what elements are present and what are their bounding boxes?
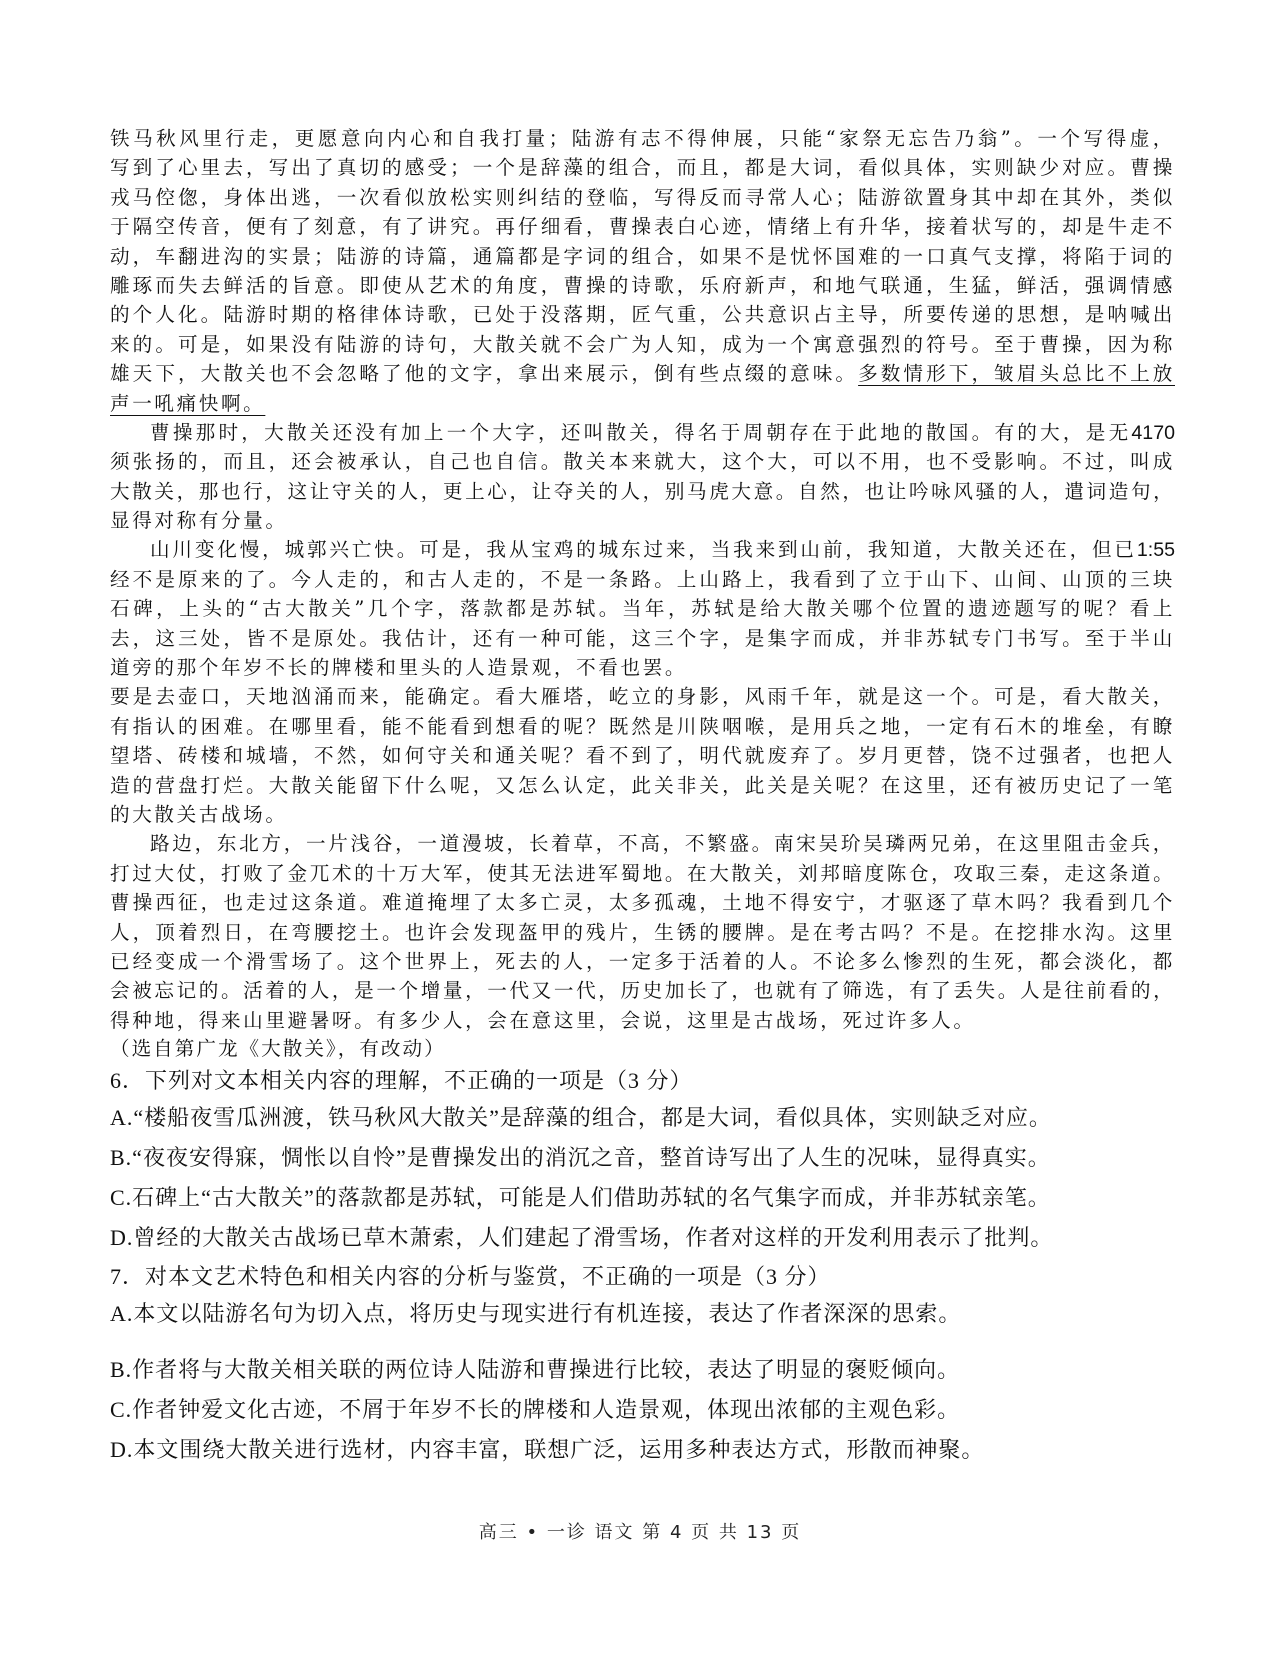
underlined-sentence: 多数情形下，皱眉头总比不上放 xyxy=(858,362,1175,385)
margin-mark: 4170 xyxy=(1131,422,1175,444)
text-line: 曹操那时，大散关还没有加上一个大字，还叫散关，得名于周朝存在于此地的散国。有的大… xyxy=(110,418,1175,447)
text-line: 大散关，那也行，这让守关的人，更上心，让夺关的人，别马虎大意。自然，也让吟咏风骚… xyxy=(110,477,1175,506)
option-d: D.本文围绕大散关进行选材，内容丰富，联想广泛，运用多种表达方式，形散而神聚。 xyxy=(110,1430,1175,1470)
question-6: 6．下列对文本相关内容的理解，不正确的一项是（3 分） A.“楼船夜雪瓜洲渡，铁… xyxy=(110,1064,1175,1258)
reading-passage: 铁马秋风里行走，更愿意向内心和自我打量；陆游有志不得伸展，只能“家祭无忘告乃翁”… xyxy=(110,124,1175,1035)
option-c: C.作者钟爱文化古迹，不屑于年岁不长的牌楼和人造景观，体现出浓郁的主观色彩。 xyxy=(110,1390,1175,1430)
text-line: 已经变成一个滑雪场了。这个世界上，死去的人，一定多于活着的人。不论多么惨烈的生死… xyxy=(110,947,1175,976)
text-line: 曹操西征，也走过这条道。难道掩埋了太多亡灵，太多孤魂，土地不得安宁，才驱逐了草木… xyxy=(110,888,1175,917)
option-a: A.“楼船夜雪瓜洲渡，铁马秋风大散关”是辞藻的组合，都是大词，看似具体，实则缺乏… xyxy=(110,1098,1175,1138)
option-c: C.石碑上“古大散关”的落款都是苏轼，可能是人们借助苏轼的名气集字而成，并非苏轼… xyxy=(110,1178,1175,1218)
text-line: 打过大仗，打败了金兀术的十万大军，使其无法进军蜀地。在大散关，刘邦暗度陈仓，攻取… xyxy=(110,859,1175,888)
text-line: 铁马秋风里行走，更愿意向内心和自我打量；陆游有志不得伸展，只能“家祭无忘告乃翁”… xyxy=(110,124,1175,153)
text-line: 会被忘记的。活着的人，是一个增量，一代又一代，历史加长了，也就有了筛选，有了丢失… xyxy=(110,976,1175,1005)
option-b: B.“夜夜安得寐，惆怅以自怜”是曹操发出的消沉之音，整首诗写出了人生的况味，显得… xyxy=(110,1138,1175,1178)
text-line: 显得对称有分量。 xyxy=(110,506,1175,535)
text-line: 经不是原来的了。今人走的，和古人走的，不是一条路。上山路上，我看到了立于山下、山… xyxy=(110,565,1175,594)
text-line: 有指认的困难。在哪里看，能不能看到想看的呢？既然是川陕咽喉，是用兵之地，一定有石… xyxy=(110,712,1175,741)
exam-page: 铁马秋风里行走，更愿意向内心和自我打量；陆游有志不得伸展，只能“家祭无忘告乃翁”… xyxy=(110,124,1175,1470)
text-line: 来的。可是，如果没有陆游的诗句，大散关就不会广为人知，成为一个寓意强烈的符号。至… xyxy=(110,330,1175,359)
text-line: 于隔空传音，便有了刻意，有了讲究。再仔细看，曹操表白心迹，情绪上有升华，接着状写… xyxy=(110,212,1175,241)
text-segment: 山川变化慢，城郭兴亡快。可是，我从宝鸡的城东过来，当我来到山前，我知道，大散关还… xyxy=(150,538,1137,561)
text-line: 石碑，上头的“古大散关”几个字，落款都是苏轼。当年，苏轼是给大散关哪个位置的遗迹… xyxy=(110,594,1175,623)
question-stem: 7．对本文艺术特色和相关内容的分析与鉴赏，不正确的一项是（3 分） xyxy=(110,1260,1175,1294)
paragraph-5: 路边，东北方，一片浅谷，一道漫坡，长着草，不高，不繁盛。南宋吴玠吴璘两兄弟，在这… xyxy=(110,829,1175,1035)
text-line: 声一吼痛快啊。 xyxy=(110,389,1175,418)
text-line: 雕琢而失去鲜活的旨意。即使从艺术的角度，曹操的诗歌，乐府新声，和地气联通，生猛，… xyxy=(110,271,1175,300)
text-line: 的大散关古战场。 xyxy=(110,800,1175,829)
option-d: D.曾经的大散关古战场已草木萧索，人们建起了滑雪场，作者对这样的开发利用表示了批… xyxy=(110,1218,1175,1258)
paragraph-2: 曹操那时，大散关还没有加上一个大字，还叫散关，得名于周朝存在于此地的散国。有的大… xyxy=(110,418,1175,536)
text-line: 写到了心里去，写出了真切的感受；一个是辞藻的组合，而且，都是大词，看似具体，实则… xyxy=(110,153,1175,182)
paragraph-4: 要是去壶口，天地汹涌而来，能确定。看大雁塔，屹立的身影，风雨千年，就是这一个。可… xyxy=(110,682,1175,829)
text-line: 戎马倥偬，身体出逃，一次看似放松实则纠结的登临，写得反而寻常人心；陆游欲置身其中… xyxy=(110,183,1175,212)
underlined-sentence: 声一吼痛快啊。 xyxy=(110,392,265,415)
page-footer: 高三 • 一诊 语文 第 4 页 共 13 页 xyxy=(0,1518,1280,1544)
text-line: 山川变化慢，城郭兴亡快。可是，我从宝鸡的城东过来，当我来到山前，我知道，大散关还… xyxy=(110,535,1175,564)
text-segment: 雄天下，大散关也不会忽略了他的文字，拿出来展示，倒有些点缀的意味。 xyxy=(110,362,858,385)
text-line: 须张扬的，而且，还会被承认，自己也自信。散关本来就大，这个大，可以不用，也不受影… xyxy=(110,447,1175,476)
source-citation: （选自第广龙《大散关》，有改动） xyxy=(110,1035,1175,1062)
text-line: 人，顶着烈日，在弯腰挖土。也许会发现盔甲的残片，生锈的腰牌。是在考古吗？不是。在… xyxy=(110,918,1175,947)
text-line: 动，车翻进沟的实景；陆游的诗篇，通篇都是字词的组合，如果不是忧怀国难的一口真气支… xyxy=(110,242,1175,271)
paragraph-3: 山川变化慢，城郭兴亡快。可是，我从宝鸡的城东过来，当我来到山前，我知道，大散关还… xyxy=(110,535,1175,682)
option-b: B.作者将与大散关相关联的两位诗人陆游和曹操进行比较，表达了明显的褒贬倾向。 xyxy=(110,1350,1175,1390)
text-line: 去，这三处，皆不是原处。我估计，还有一种可能，这三个字，是集字而成，并非苏轼专门… xyxy=(110,624,1175,653)
text-line: 望塔、砖楼和城墙，不然，如何守关和通关呢？看不到了，明代就废弃了。岁月更替，饶不… xyxy=(110,741,1175,770)
option-a: A.本文以陆游名句为切入点，将历史与现实进行有机连接，表达了作者深深的思索。 xyxy=(110,1294,1175,1334)
text-line: 雄天下，大散关也不会忽略了他的文字，拿出来展示，倒有些点缀的意味。多数情形下，皱… xyxy=(110,359,1175,388)
paragraph-1: 铁马秋风里行走，更愿意向内心和自我打量；陆游有志不得伸展，只能“家祭无忘告乃翁”… xyxy=(110,124,1175,418)
text-segment: 曹操那时，大散关还没有加上一个大字，还叫散关，得名于周朝存在于此地的散国。有的大… xyxy=(150,421,1131,444)
text-line: 道旁的那个年岁不长的牌楼和里头的人造景观，不看也罢。 xyxy=(110,653,1175,682)
text-line: 要是去壶口，天地汹涌而来，能确定。看大雁塔，屹立的身影，风雨千年，就是这一个。可… xyxy=(110,682,1175,711)
question-7: 7．对本文艺术特色和相关内容的分析与鉴赏，不正确的一项是（3 分） A.本文以陆… xyxy=(110,1260,1175,1470)
text-line: 的个人化。陆游时期的格律体诗歌，已处于没落期，匠气重，公共意识占主导，所要传递的… xyxy=(110,300,1175,329)
margin-mark: 1:55 xyxy=(1137,539,1175,561)
text-line: 造的营盘打烂。大散关能留下什么呢，又怎么认定，此关非关，此关是关呢？在这里，还有… xyxy=(110,771,1175,800)
text-line: 路边，东北方，一片浅谷，一道漫坡，长着草，不高，不繁盛。南宋吴玠吴璘两兄弟，在这… xyxy=(110,829,1175,858)
text-line: 得种地，得来山里避暑呀。有多少人，会在意这里，会说，这里是古战场，死过许多人。 xyxy=(110,1006,1175,1035)
question-stem: 6．下列对文本相关内容的理解，不正确的一项是（3 分） xyxy=(110,1064,1175,1098)
spacer xyxy=(110,1334,1175,1350)
